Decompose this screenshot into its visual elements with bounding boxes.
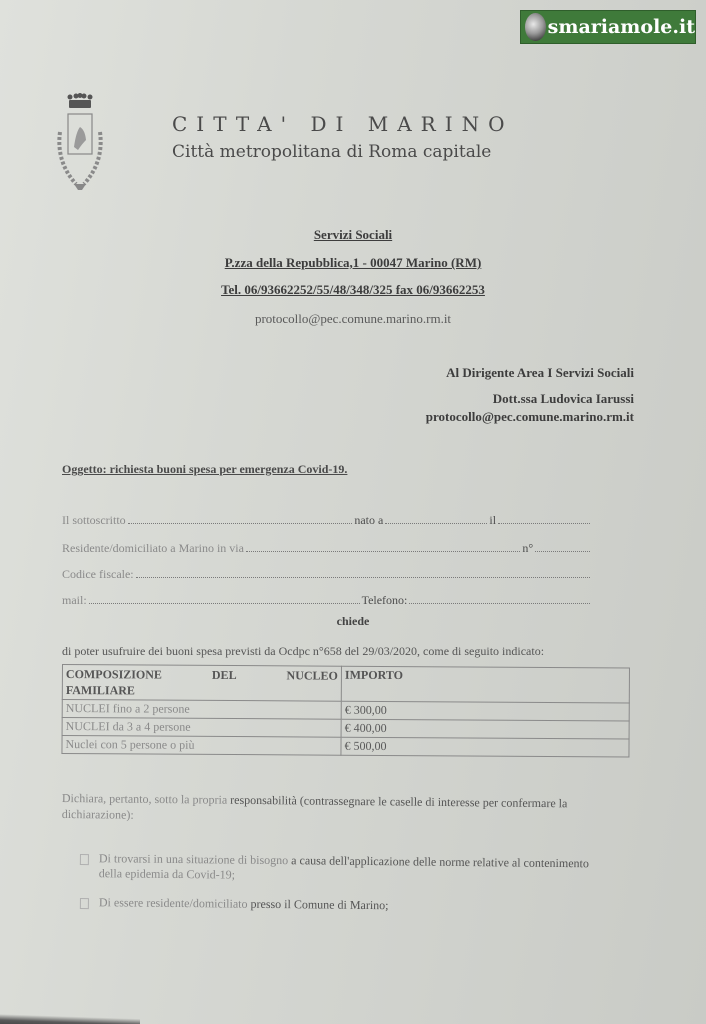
city-crest-icon bbox=[52, 92, 108, 192]
header-amount: IMPORTO bbox=[341, 666, 629, 703]
declaration-checkbox[interactable] bbox=[80, 854, 89, 865]
form-row-fiscal-code: Codice fiscale: bbox=[62, 567, 592, 582]
table-row: Nuclei con 5 persone o più € 500,00 bbox=[62, 736, 629, 757]
header-household-composition: COMPOSIZIONE DEL NUCLEO FAMILIARE bbox=[62, 665, 341, 702]
addressee-block: Al Dirigente Area I Servizi Sociali Dott… bbox=[426, 364, 634, 426]
house-number-field[interactable] bbox=[535, 541, 590, 552]
office-phone: Tel. 06/93662252/55/48/348/325 fax 06/93… bbox=[0, 282, 706, 298]
phone-field[interactable] bbox=[409, 593, 590, 604]
birthplace-field[interactable] bbox=[385, 513, 487, 524]
birthdate-field[interactable] bbox=[498, 513, 590, 524]
addressee-role: Al Dirigente Area I Servizi Sociali bbox=[426, 364, 634, 382]
email-field[interactable] bbox=[89, 593, 360, 604]
addressee-email: protocollo@pec.comune.marino.rm.it bbox=[426, 408, 634, 426]
fiscal-code-field[interactable] bbox=[136, 567, 590, 578]
camera-logo-icon bbox=[525, 13, 546, 41]
site-watermark: smariamole.it bbox=[520, 10, 696, 44]
addressee-name: Dott.ssa Ludovica Iarussi bbox=[426, 390, 634, 408]
street-field[interactable] bbox=[246, 541, 520, 552]
declaration-intro: Dichiara, pertanto, sotto la propria res… bbox=[62, 790, 644, 828]
city-title: CITTA' DI MARINO bbox=[172, 112, 514, 136]
document-subject: Oggetto: richiesta buoni spesa per emerg… bbox=[62, 462, 347, 477]
scanned-document-page: smariamole.it CITTA' DI MARINO Città met… bbox=[0, 0, 706, 1024]
form-row-residence: Residente/domiciliato a Marino in via n° bbox=[62, 541, 592, 556]
request-verb: chiede bbox=[0, 614, 706, 629]
department-name: Servizi Sociali bbox=[0, 227, 706, 243]
request-intro: di poter usufruire dei buoni spesa previ… bbox=[62, 644, 544, 659]
office-email: protocollo@pec.comune.marino.rm.it bbox=[0, 311, 706, 327]
form-row-signatory: Il sottoscritto nato a il bbox=[62, 513, 592, 528]
page-edge-shadow bbox=[0, 1014, 140, 1024]
voucher-amounts-table: COMPOSIZIONE DEL NUCLEO FAMILIARE IMPORT… bbox=[61, 664, 630, 757]
name-field[interactable] bbox=[128, 513, 353, 524]
office-address: P.zza della Repubblica,1 - 00047 Marino … bbox=[0, 255, 706, 271]
table-header-row: COMPOSIZIONE DEL NUCLEO FAMILIARE IMPORT… bbox=[62, 665, 629, 703]
watermark-text: smariamole.it bbox=[548, 16, 695, 38]
form-row-contacts: mail: Telefono: bbox=[62, 593, 592, 608]
city-subtitle: Città metropolitana di Roma capitale bbox=[172, 142, 491, 162]
declaration-checkbox[interactable] bbox=[80, 898, 89, 909]
declaration-item-need: Di trovarsi in una situazione di bisogno… bbox=[80, 851, 640, 887]
declaration-item-residence: Di essere residente/domiciliato presso i… bbox=[80, 895, 640, 916]
